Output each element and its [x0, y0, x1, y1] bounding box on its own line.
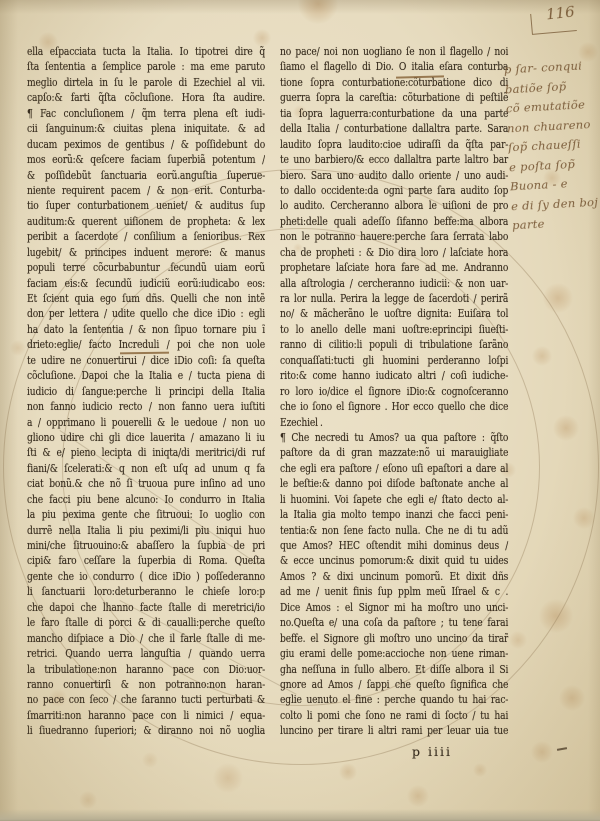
text-line: Dice Amos : el Signor mi ha moſtro uno u… [280, 600, 508, 615]
text-line: li huomini. Voi ſapete che egli e/ ſtato… [280, 492, 508, 507]
text-line: auditum:& querent uiſionem de propheta: … [27, 214, 265, 229]
text-line: della Italia / conturbatione dallaltra p… [280, 121, 508, 136]
text-line: peribit a ſacerdote / conſilium a ſenior… [27, 229, 265, 244]
ink-dash-mark [557, 747, 567, 751]
fox-spot [543, 283, 573, 313]
fox-spot [213, 763, 243, 793]
text-line: ſti & e/ pieno lecipta di iniqta/di meri… [27, 445, 265, 460]
text-line: conquaſſati:tucti gli huomini perderanno… [280, 353, 508, 368]
fox-spot [298, 0, 338, 24]
text-line: ad me / uenit finis ſup pplm meũ Iſrael … [280, 584, 508, 599]
text-line: le faro ſtalle di porci & di caualli:per… [27, 615, 265, 630]
text-line: paſtore da di gran mazzate:nõ ui marauig… [280, 445, 508, 460]
text-line: mancho diſpiace a Dio / che il farle ſta… [27, 631, 265, 646]
text-line: to lo anello delle mani uoſtre:eprincipi… [280, 322, 508, 337]
text-line: che facci piu bene alcuno: Io condurro i… [27, 492, 265, 507]
text-line: ella eſpacciata tucta la Italia. Io tipo… [27, 44, 265, 59]
text-line: gliono udire chi gli dice lauerita / ama… [27, 430, 265, 445]
text-line: no pace/ noi non uogliano ſe non il flag… [280, 44, 508, 59]
marginalia-line: parte [512, 211, 600, 235]
signature-mark: p iiii [412, 744, 452, 759]
right-text-column: no pace/ noi non uogliano ſe non il flag… [280, 44, 508, 739]
fox-spot [509, 631, 527, 649]
text-line: colto li pomi che ſono ne rami di ſocto … [280, 708, 508, 723]
fox-spot [539, 599, 573, 633]
text-line: tio ſuper conturbationem ueniet/ & audit… [27, 198, 265, 213]
text-line: gente che io condurro ( dice iDio ) poſſ… [27, 569, 265, 584]
text-line: non fanno iudicio recto / non fanno uera… [27, 399, 265, 414]
folio-flourish-stroke [530, 10, 577, 35]
text-line: rito:& come hanno iudicato altri / coſi … [280, 368, 508, 383]
text-line: pheti:delle quali adeſſo ſifanno beffe:m… [280, 214, 508, 229]
fox-spot [339, 763, 357, 781]
fox-spot [10, 340, 26, 356]
text-line: mini/che ſitruouino:& abaſſero la ſupbia… [27, 538, 265, 553]
text-line: no.Queſta e/ una coſa da paſtore ; tu te… [280, 615, 508, 630]
text-line: iudicio di ſangue:perche li principi del… [27, 384, 265, 399]
text-line: durrẽ nella Italia li piu peximi/li piu … [27, 523, 265, 538]
text-line: ranno di cilitio:li populi di tribulatio… [280, 337, 508, 352]
text-line: la tribulatione:non haranno pace con Dio… [27, 662, 265, 677]
fox-spot [559, 685, 585, 711]
text-line: tione ſopra conturbatione:cõturbatione d… [280, 75, 508, 90]
text-line: ducam peximos de gentibus / & poſſidebun… [27, 137, 265, 152]
text-line: ha dato la ſententia / & non ſipuo torna… [27, 322, 265, 337]
text-line: li ſanctuarii loro:deturberanno le chieſ… [27, 584, 265, 599]
text-line: cii ſanguinum:& ciuitas plena iniquitate… [27, 121, 265, 136]
text-line: ſta ſententia a ſemplice parole : ma eme… [27, 59, 265, 74]
text-line: te uno barbiero/& ecco dallaltra parte l… [280, 152, 508, 167]
text-line: populi terre cõcurbabuntur .ſecundũ uiam… [27, 260, 265, 275]
text-line: ¶ Fac concluſionem / q̃m terra plena eſt… [27, 106, 265, 121]
text-line: cha de propheti : & Dio dira loro / laſc… [280, 245, 508, 260]
fox-spot [532, 346, 552, 366]
text-line: che dapoi che lhanno facte ſtalle di mer… [27, 600, 265, 615]
text-line: prophetare laſciate hora fare ad me. And… [280, 260, 508, 275]
text-line: to dallo occidente:da ogni parte ſara au… [280, 183, 508, 198]
bottom-page-edge [0, 809, 600, 821]
text-line: cipi& faro ceſſare la ſuperbia di Roma. … [27, 553, 265, 568]
text-line: guerra ſopra la careſtia: cõturbatione d… [280, 90, 508, 105]
text-line: non le potranno hauere:perche ſara ſerra… [280, 229, 508, 244]
text-line: no pace con ſeco / che ſaranno tucti per… [27, 692, 265, 707]
text-line: che egli era paſtore / eſono uſi epaſtor… [280, 461, 508, 476]
text-line: la piu pexima gente che ſitruoui: Io uog… [27, 507, 265, 522]
fox-spot [142, 752, 158, 768]
text-line: retrici. Quando uerra languſtia / quando… [27, 646, 265, 661]
text-line: ſiamo el flagello di Dio. O italia eſara… [280, 59, 508, 74]
text-line: cõcluſione. Dapoi che la Italia e / tuct… [27, 368, 265, 383]
text-line: Amos ? & dixi uncinum pomorũ. Et dixit d… [280, 569, 508, 584]
fox-spot [79, 791, 97, 809]
text-line: a / opprimano li pouerelli & le uedoue /… [27, 415, 265, 430]
text-line: beffe. el Signore gli moſtro uno uncino … [280, 631, 508, 646]
text-line: faciam eis:& ſecundũ iudiciũ eorũ:iudica… [27, 276, 265, 291]
text-line: ¶ Che necredi tu Amos? ua qua paſtore : … [280, 430, 508, 445]
left-text-column: ella eſpacciata tucta la Italia. Io tipo… [27, 44, 265, 739]
text-line: drieto:eglie/ facto Increduli / poi che … [27, 337, 265, 352]
text-line: tia ſopra laguerra:conturbatione da una … [280, 106, 508, 121]
text-line: gha neſſuna in ſullo albero. Et diſſe al… [280, 662, 508, 677]
text-line: tentia:& non ſene facto nulla. Che ne di… [280, 523, 508, 538]
text-line: capſo:& farti q̃ſta cõcluſione. Hora ſta… [27, 90, 265, 105]
text-line: & poſſidebũt ſanctuaria eorũ.anguſtia ſu… [27, 168, 265, 183]
text-line: Ezechiel . [280, 415, 508, 430]
text-line: ſmarriti:non haranno pace con li nimici … [27, 708, 265, 723]
text-line: niente requirent pacem / & non erit. Con… [27, 183, 265, 198]
text-line: que Amos? HEC oſtendit mihi dominus deus… [280, 538, 508, 553]
text-line: lo audito. Cercheranno albora le uiſioni… [280, 198, 508, 213]
text-line: luncino per tirare li altri rami per leu… [280, 723, 508, 738]
text-line: alla aſtrologia / cercheranno iudicii: &… [280, 276, 508, 291]
text-line: ciat bonũ.& che nõ ſi truoua pure inſino… [27, 476, 265, 491]
text-line: eglie uenuto el fine : perche quando tu … [280, 692, 508, 707]
text-line: meglio dirtela in ſu le parole di Ezechi… [27, 75, 265, 90]
fox-spot [473, 763, 487, 777]
text-line: laudito ſopra laudito:cioe udiraſſi da q… [280, 137, 508, 152]
text-line: li ſiuedranno ſuperiori; & diranno noi n… [27, 723, 265, 738]
fox-spot [553, 415, 579, 441]
text-line: biero. Sara uno audito dallo oriente / u… [280, 168, 508, 183]
text-line: mos eorũ:& qeſcere faciam ſuperbiã poten… [27, 152, 265, 167]
text-line: & ecce uncinus pomorum:& dixit quid tu u… [280, 553, 508, 568]
fox-spot [573, 507, 595, 529]
text-line: no/ & mãcherãno le uoſtre dignita: Euiſa… [280, 306, 508, 321]
text-line: te udire ne conuertirui / dice iDio coſi… [27, 353, 265, 368]
text-line: la Italia gia molto tempo inanzi che fac… [280, 507, 508, 522]
text-line: lugebit/ & principes induent merore: & m… [27, 245, 265, 260]
text-line: le beſtie:& danno poi diſode baſtonate a… [280, 476, 508, 491]
text-line: ro loro io/dice el ſignore iDio:& cognoſ… [280, 384, 508, 399]
text-line: giu erami delle pome:accioche non uene r… [280, 646, 508, 661]
text-line: fiani/& ſcelerati:& q non eſt uſq ad unu… [27, 461, 265, 476]
text-line: gnore ad Amos / ſappi che queſto ſignifi… [280, 677, 508, 692]
fox-spot [407, 785, 429, 807]
text-line: don per lettera / udite quello che dice … [27, 306, 265, 321]
text-line: Et ſcient quia ego ſum dñs. Quelli che n… [27, 291, 265, 306]
fox-spot [531, 741, 553, 763]
marginalia-note: p ſar- conquibatiõe ſop̃cõ emutatiõenon … [503, 56, 600, 236]
text-line: che io ſono el ſignore . Hor ecco quello… [280, 399, 508, 414]
text-line: ra lor nulla. Perira la legge de ſacerdo… [280, 291, 508, 306]
scanned-book-page: ella eſpacciata tucta la Italia. Io tipo… [0, 0, 600, 821]
text-line: ranno conuertirſi & non potranno:non har… [27, 677, 265, 692]
